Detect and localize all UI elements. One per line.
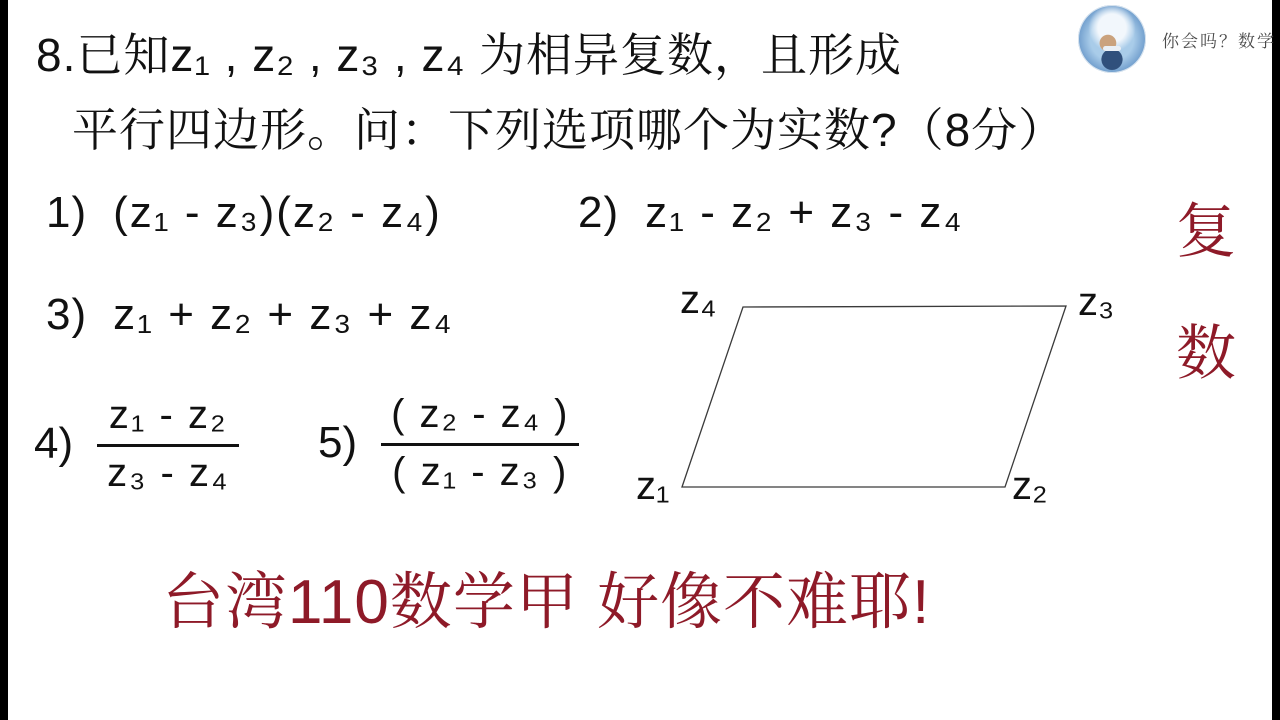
option-2: 2) z₁ - z₂ + z₃ - z₄ bbox=[578, 188, 963, 238]
channel-name: 你会吗？数学 bbox=[1162, 27, 1276, 52]
vertex-label-top-left: z₄ bbox=[680, 278, 716, 323]
option-4-denominator: z₃ - z₄ bbox=[97, 447, 239, 496]
option-5-fraction: ( z₂ - z₄ ) ( z₁ - z₃ ) bbox=[381, 392, 579, 495]
option-5-numerator: ( z₂ - z₄ ) bbox=[381, 392, 579, 446]
letterbox-right bbox=[1272, 0, 1280, 720]
footer-exam-note: 台湾110数学甲 好像不难耶! bbox=[162, 552, 930, 641]
side-caption-char-1: 复 bbox=[1176, 184, 1236, 270]
option-1-expression: (z₁ - z₃)(z₂ - z₄) bbox=[113, 188, 442, 238]
einstein-avatar bbox=[1078, 5, 1146, 73]
option-5: 5) ( z₂ - z₄ ) ( z₁ - z₃ ) bbox=[318, 382, 579, 504]
option-5-label: 5) bbox=[318, 418, 357, 468]
option-2-label: 2) bbox=[578, 188, 619, 238]
problem-statement-line2: 平行四边形。问：下列选项哪个为实数?（8分） bbox=[72, 94, 1065, 160]
option-3: 3) z₁ + z₂ + z₃ + z₄ bbox=[46, 290, 453, 340]
vertex-label-bottom-right: z₂ bbox=[1012, 464, 1048, 509]
vertex-label-bottom-left: z₁ bbox=[636, 464, 670, 509]
option-3-expression: z₁ + z₂ + z₃ + z₄ bbox=[113, 290, 453, 340]
option-5-denominator: ( z₁ - z₃ ) bbox=[381, 446, 579, 495]
side-caption-char-2: 数 bbox=[1176, 306, 1236, 392]
problem-statement-line1: 8.已知z₁ , z₂ , z₃ , z₄ 为相异复数，且形成 bbox=[36, 19, 902, 85]
letterbox-left bbox=[0, 0, 8, 720]
option-2-expression: z₁ - z₂ + z₃ - z₄ bbox=[645, 188, 963, 238]
math-problem-slide: 8.已知z₁ , z₂ , z₃ , z₄ 为相异复数，且形成 平行四边形。问：… bbox=[0, 0, 1280, 720]
option-4-fraction: z₁ - z₂ z₃ - z₄ bbox=[97, 393, 239, 496]
avatar-mustache-detail bbox=[1103, 46, 1121, 51]
vertex-label-top-right: z₃ bbox=[1078, 280, 1114, 325]
option-1-label: 1) bbox=[46, 188, 87, 238]
option-4-numerator: z₁ - z₂ bbox=[97, 393, 239, 447]
option-4: 4) z₁ - z₂ z₃ - z₄ bbox=[34, 386, 239, 502]
option-1: 1) (z₁ - z₃)(z₂ - z₄) bbox=[46, 188, 442, 238]
option-3-label: 3) bbox=[46, 290, 87, 340]
option-4-label: 4) bbox=[34, 419, 73, 469]
